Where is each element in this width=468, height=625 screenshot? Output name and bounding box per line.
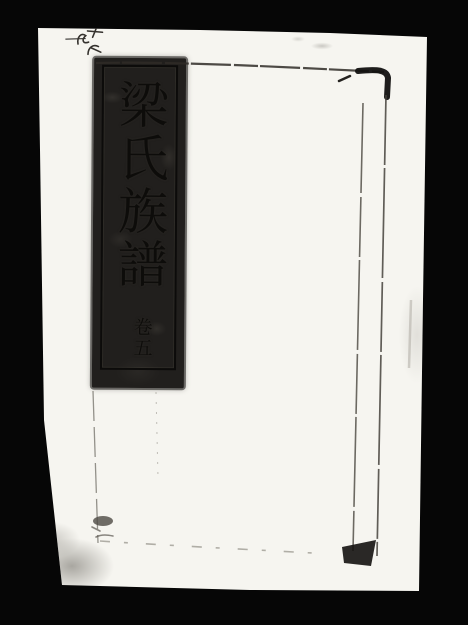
ink-smudge-blot xyxy=(93,516,113,526)
title-slip-border: 梁氏族譜 卷五 xyxy=(100,65,178,371)
dash-annotation: — xyxy=(64,29,87,48)
ink-marks-overlay xyxy=(0,0,468,625)
top-right-corner-hook-icon xyxy=(358,70,388,97)
page-edge-shadow xyxy=(409,300,411,368)
scribble-stroke xyxy=(88,25,103,39)
title-slip-volume: 卷五 xyxy=(131,317,150,359)
bottom-frame-line xyxy=(100,541,312,553)
scribble-stroke xyxy=(98,17,104,22)
bottom-right-corner-blob-icon xyxy=(342,540,376,566)
title-slip-text: 梁氏族譜 xyxy=(114,79,165,291)
title-slip: 梁氏族譜 卷五 xyxy=(92,58,186,389)
book-cover-page: — 梁氏族譜 卷五 xyxy=(0,0,468,625)
right-frame-line-outer xyxy=(377,95,386,556)
right-frame-line-inner xyxy=(353,103,363,551)
scribble-stroke xyxy=(86,43,102,58)
ink-smudge-strokes xyxy=(92,527,113,537)
scan-background: — 梁氏族譜 卷五 xyxy=(0,0,468,625)
left-frame-line xyxy=(93,391,98,543)
corner-tick-mark xyxy=(339,76,350,81)
faint-dotted-line xyxy=(156,392,158,478)
